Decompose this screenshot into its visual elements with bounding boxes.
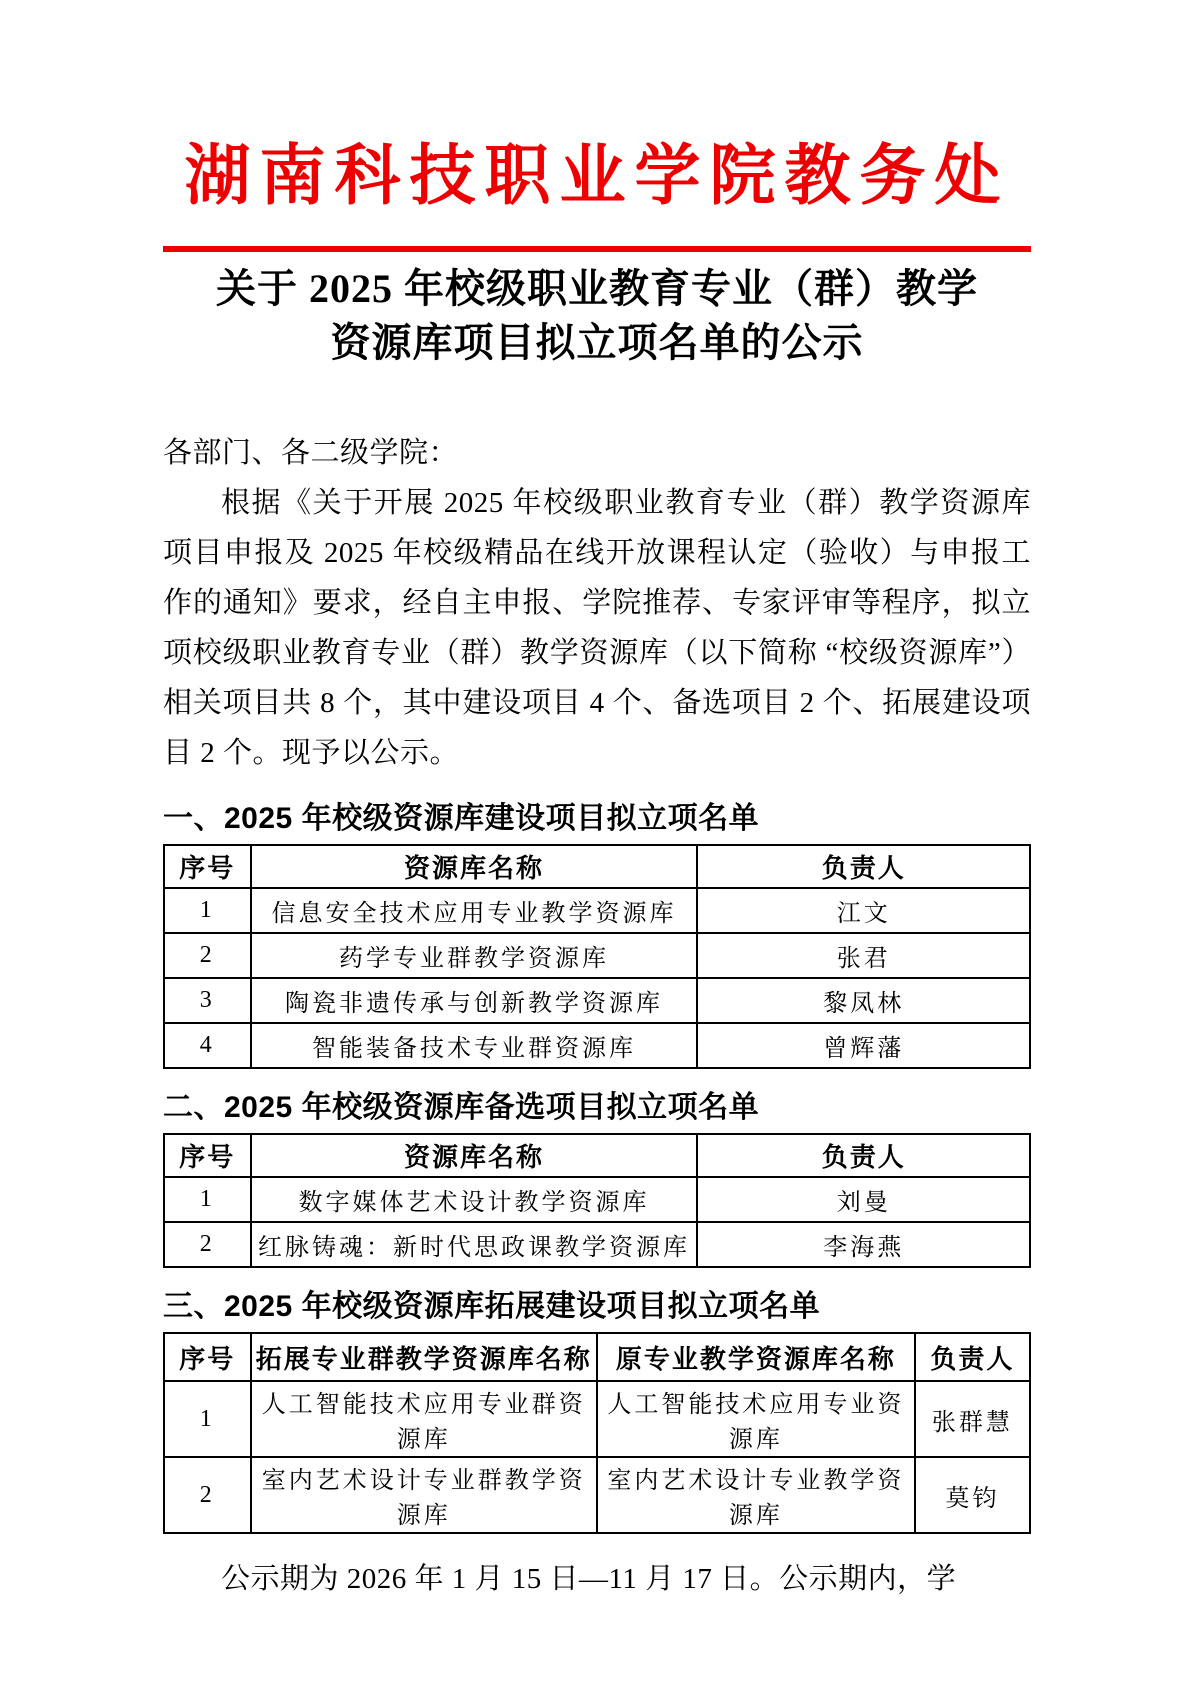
table-alternate-projects: 序号 资源库名称 负责人 1 数字媒体艺术设计教学资源库 刘曼 2 红脉铸魂：新… xyxy=(163,1133,1031,1268)
table-expansion-projects: 序号 拓展专业群教学资源库名称 原专业教学资源库名称 负责人 1 人工智能技术应… xyxy=(163,1332,1031,1534)
table-row: 3 陶瓷非遗传承与创新教学资源库 黎凤林 xyxy=(164,978,1030,1023)
body-paragraph: 根据《关于开展 2025 年校级职业教育专业（群）教学资源库项目申报及 2025… xyxy=(163,478,1031,778)
document-content: 湖南科技职业学院教务处 关于 2025 年校级职业教育专业（群）教学资源库项目拟… xyxy=(163,0,1031,1604)
table-row: 1 数字媒体艺术设计教学资源库 刘曼 xyxy=(164,1177,1030,1222)
cell-person: 莫钧 xyxy=(915,1457,1030,1533)
cell-index: 2 xyxy=(164,1457,251,1533)
cell-resource-name: 陶瓷非遗传承与创新教学资源库 xyxy=(251,978,698,1023)
document-title-line1: 关于 2025 年校级职业教育专业（群）教学 xyxy=(216,266,978,311)
cell-person: 黎凤林 xyxy=(697,978,1030,1023)
column-header-original-name: 原专业教学资源库名称 xyxy=(597,1333,915,1381)
cell-index: 1 xyxy=(164,888,251,933)
cell-resource-name: 红脉铸魂：新时代思政课教学资源库 xyxy=(251,1222,698,1267)
column-header-index: 序号 xyxy=(164,1134,251,1177)
cell-resource-name: 数字媒体艺术设计教学资源库 xyxy=(251,1177,698,1222)
cell-person: 张君 xyxy=(697,933,1030,978)
cell-index: 2 xyxy=(164,933,251,978)
cell-index: 2 xyxy=(164,1222,251,1267)
table-row: 1 信息安全技术应用专业教学资源库 江文 xyxy=(164,888,1030,933)
column-header-expanded-name: 拓展专业群教学资源库名称 xyxy=(251,1333,597,1381)
cell-index: 3 xyxy=(164,978,251,1023)
table-row: 2 室内艺术设计专业群教学资源库 室内艺术设计专业教学资源库 莫钧 xyxy=(164,1457,1030,1533)
column-header-resource-name: 资源库名称 xyxy=(251,1134,698,1177)
column-header-person: 负责人 xyxy=(915,1333,1030,1381)
column-header-person: 负责人 xyxy=(697,1134,1030,1177)
table-construction-projects: 序号 资源库名称 负责人 1 信息安全技术应用专业教学资源库 江文 2 药学专业… xyxy=(163,844,1031,1069)
cell-expanded-name: 室内艺术设计专业群教学资源库 xyxy=(251,1457,597,1533)
table-header-row: 序号 拓展专业群教学资源库名称 原专业教学资源库名称 负责人 xyxy=(164,1333,1030,1381)
cell-person: 张群慧 xyxy=(915,1381,1030,1457)
cell-resource-name: 药学专业群教学资源库 xyxy=(251,933,698,978)
cell-person: 李海燕 xyxy=(697,1222,1030,1267)
table-header-row: 序号 资源库名称 负责人 xyxy=(164,1134,1030,1177)
document-title: 关于 2025 年校级职业教育专业（群）教学资源库项目拟立项名单的公示 xyxy=(163,262,1031,370)
cell-resource-name: 信息安全技术应用专业教学资源库 xyxy=(251,888,698,933)
cell-index: 1 xyxy=(164,1381,251,1457)
cell-person: 刘曼 xyxy=(697,1177,1030,1222)
document-page: 湖南科技职业学院教务处 关于 2025 年校级职业教育专业（群）教学资源库项目拟… xyxy=(0,0,1191,1684)
cell-expanded-name: 人工智能技术应用专业群资源库 xyxy=(251,1381,597,1457)
column-header-index: 序号 xyxy=(164,845,251,888)
cell-person: 江文 xyxy=(697,888,1030,933)
table-row: 1 人工智能技术应用专业群资源库 人工智能技术应用专业资源库 张群慧 xyxy=(164,1381,1030,1457)
section-2-heading: 二、2025 年校级资源库备选项目拟立项名单 xyxy=(163,1089,1031,1127)
column-header-person: 负责人 xyxy=(697,845,1030,888)
cell-index: 4 xyxy=(164,1023,251,1068)
document-title-line2: 资源库项目拟立项名单的公示 xyxy=(331,320,864,365)
masthead-org-name: 湖南科技职业学院教务处 xyxy=(163,138,1031,216)
column-header-resource-name: 资源库名称 xyxy=(251,845,698,888)
table-row: 2 药学专业群教学资源库 张君 xyxy=(164,933,1030,978)
column-header-index: 序号 xyxy=(164,1333,251,1381)
cell-person: 曾辉藩 xyxy=(697,1023,1030,1068)
salutation: 各部门、各二级学院： xyxy=(163,428,1031,478)
cell-original-name: 室内艺术设计专业教学资源库 xyxy=(597,1457,915,1533)
cell-index: 1 xyxy=(164,1177,251,1222)
red-double-divider xyxy=(163,246,1031,252)
section-3-heading: 三、2025 年校级资源库拓展建设项目拟立项名单 xyxy=(163,1288,1031,1326)
cell-original-name: 人工智能技术应用专业资源库 xyxy=(597,1381,915,1457)
table-row: 2 红脉铸魂：新时代思政课教学资源库 李海燕 xyxy=(164,1222,1030,1267)
section-1-heading: 一、2025 年校级资源库建设项目拟立项名单 xyxy=(163,800,1031,838)
cell-resource-name: 智能装备技术专业群资源库 xyxy=(251,1023,698,1068)
table-header-row: 序号 资源库名称 负责人 xyxy=(164,845,1030,888)
closing-paragraph: 公示期为 2026 年 1 月 15 日—11 月 17 日。公示期内，学 xyxy=(163,1554,1031,1604)
table-row: 4 智能装备技术专业群资源库 曾辉藩 xyxy=(164,1023,1030,1068)
